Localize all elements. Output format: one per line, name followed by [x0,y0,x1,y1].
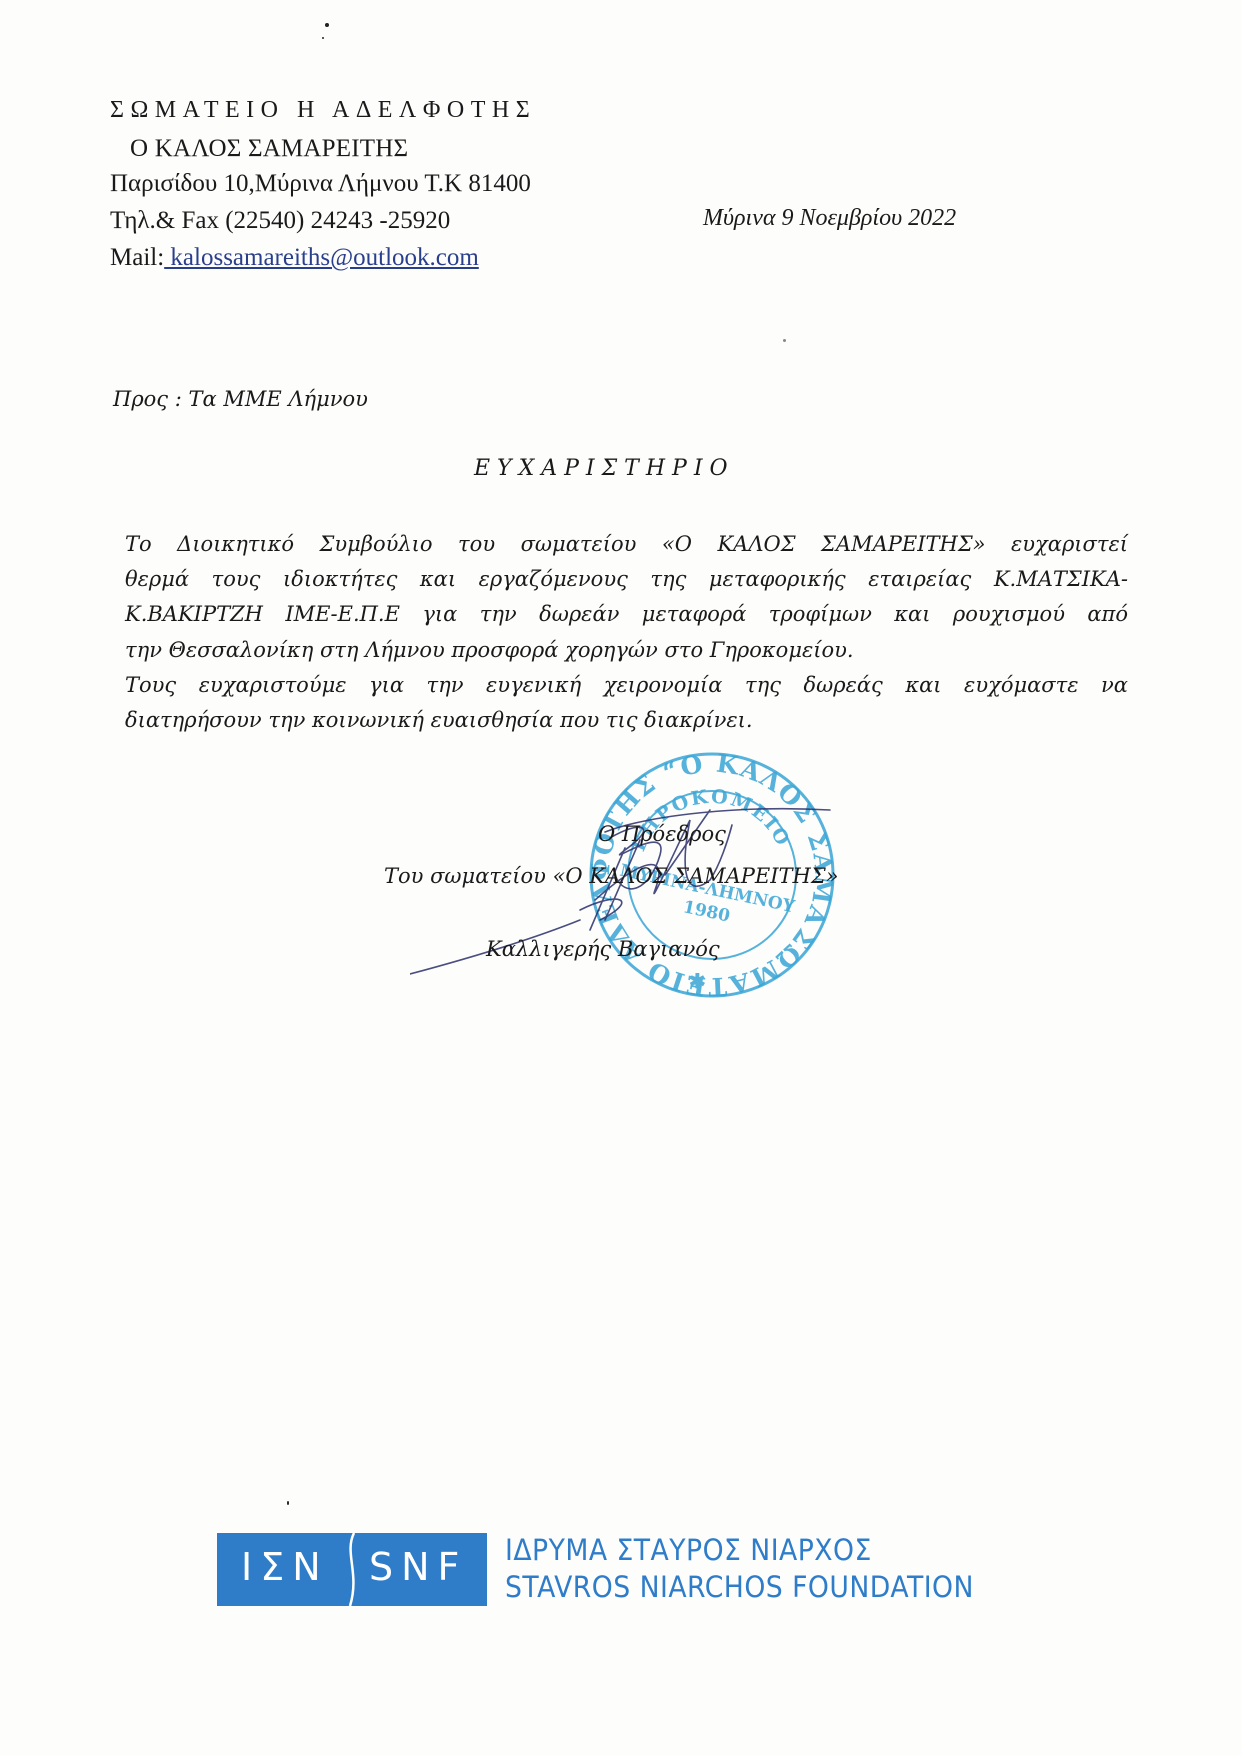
scan-speck [322,37,324,39]
signatory-name: Καλλιγερής Βαγιανός [486,937,720,961]
document-title: ΕΥΧΑΡΙΣΤΗΡΙΟ [474,456,735,481]
foundation-name-english: STAVROS NIARCHOS FOUNDATION [505,1570,974,1604]
snf-logo-mark: ΙΣΝ SNF [217,1533,487,1606]
signatory-role: Ο Πρόεδρος [598,822,726,846]
body-line: Τους ευχαριστούμε για την ευγενική χειρο… [125,673,1128,697]
body-line: θερμά τους ιδιοκτήτες και εργαζόμενους τ… [125,567,1128,591]
org-email-row: Mail: kalossamareiths@outlook.com [110,244,479,272]
scan-speck [287,1501,289,1505]
foundation-name-greek: ΙΔΡΥΜΑ ΣΤΑΥΡΟΣ ΝΙΑΡΧΟΣ [505,1533,872,1567]
org-name-line1: ΣΩΜΑΤΕΙΟ Η ΑΔΕΛΦΟΤΗΣ [110,97,536,124]
body-line: την Θεσσαλονίκη στη Λήμνου προσφορά χορη… [125,638,1128,662]
body-line: Το Διοικητικό Συμβούλιο του σωματείου «Ο… [125,532,1128,556]
mail-label: Mail: [110,244,164,271]
signatory-organization: Του σωματείου «Ο ΚΑΛΟΣ ΣΑΜΑΡΕΙΤΗΣ» [384,864,839,888]
logo-wave-divider [342,1533,362,1606]
email-link[interactable]: kalossamareiths@outlook.com [164,244,479,271]
org-name-line2: Ο ΚΑΛΟΣ ΣΑΜΑΡΕΙΤΗΣ [130,135,408,163]
body-line: διατηρήσουν την κοινωνική ευαισθησία που… [125,708,1128,732]
org-address: Παρισίδου 10,Μύρινα Λήμνου Τ.Κ 81400 [110,170,531,198]
letter-date: Μύρινα 9 Νοεμβρίου 2022 [703,205,956,232]
org-phone-fax: Τηλ.& Fax (22540) 24243 -25920 [110,207,450,235]
stamp-star-icon: ✱ [689,969,706,993]
logo-mark-latin: SNF [369,1545,467,1589]
stamp-center-year: 1980 [681,897,732,926]
scan-speck [325,23,329,27]
body-line: Κ.ΒΑΚΙΡΤΖΗ ΙΜΕ-Ε.Π.Ε για την δωρεάν μετα… [125,602,1128,626]
logo-mark-greek: ΙΣΝ [241,1545,329,1589]
scan-speck [783,339,786,342]
recipient-line: Προς : Τα ΜΜΕ Λήμνου [113,387,368,411]
